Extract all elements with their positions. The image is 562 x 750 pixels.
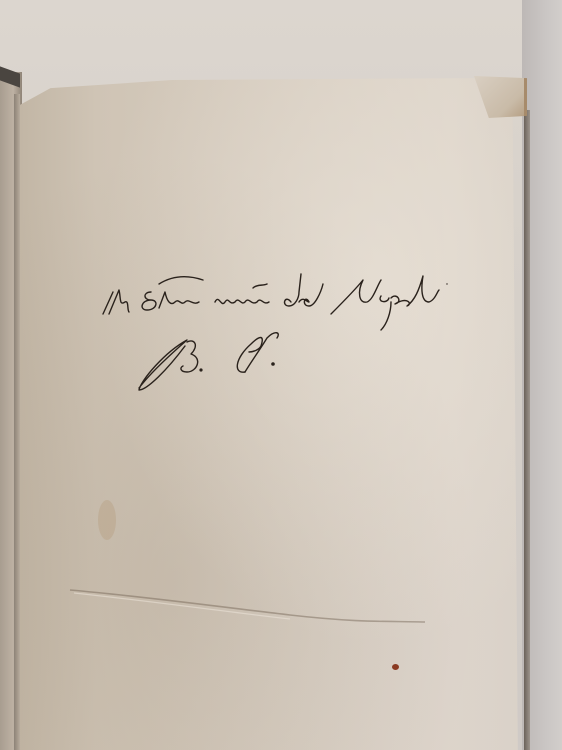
red-stain-spot <box>392 664 399 670</box>
paper-crease <box>60 585 430 625</box>
handwriting-strokes <box>95 262 475 402</box>
page-gutter <box>14 94 20 750</box>
book-right-edge <box>524 110 530 750</box>
handwritten-inscription: 11 8bre venuto da Napoli B. P. <box>95 262 475 402</box>
foxing-stain <box>98 500 116 540</box>
flyleaf-page <box>20 78 528 750</box>
